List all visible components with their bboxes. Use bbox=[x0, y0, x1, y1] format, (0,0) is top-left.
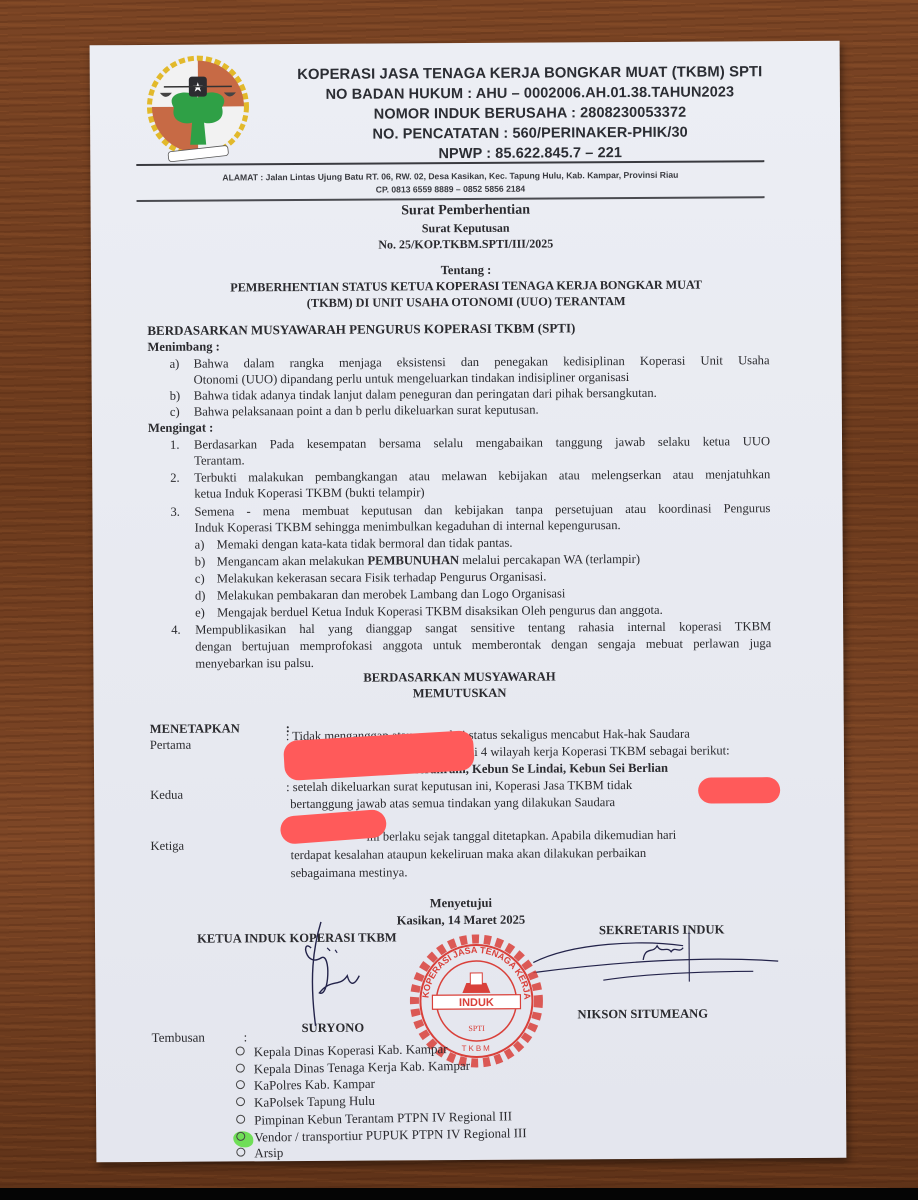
list-marker: c) bbox=[195, 571, 205, 587]
cc-list-item: Arsip bbox=[236, 1145, 283, 1162]
list-marker: a) bbox=[169, 356, 179, 372]
sub-item-b-emphasis: PEMBUNUHAN bbox=[367, 553, 459, 568]
list-marker: 3. bbox=[170, 504, 180, 520]
list-marker: b) bbox=[195, 554, 206, 570]
list-marker: 2. bbox=[170, 470, 180, 486]
list-marker: a) bbox=[195, 537, 205, 553]
letterhead: KOPERASI JASA TENAGA KERJA BONGKAR MUAT … bbox=[250, 63, 811, 166]
koperasi-logo-icon: ★ bbox=[144, 52, 253, 165]
list-marker: 4. bbox=[171, 622, 181, 638]
svg-text:INDUK: INDUK bbox=[459, 997, 494, 1009]
decision-heading-2: MEMUTUSKAN bbox=[150, 683, 770, 703]
menimbang-c: Bahwa pelaksanaan point a dan b perlu di… bbox=[194, 402, 539, 420]
chairman-signature-icon bbox=[291, 918, 382, 1029]
org-name: KOPERASI JASA TENAGA KERJA BONGKAR MUAT … bbox=[250, 63, 810, 85]
sub-item-a: Memaki dengan kata-kata tidak bermoral d… bbox=[217, 535, 513, 553]
list-marker: e) bbox=[195, 605, 205, 621]
cc-list-item: Vendor / transportiur PUPUK PTPN IV Regi… bbox=[236, 1125, 527, 1146]
letter-number: No. 25/KOP.TKBM.SPTI/III/2025 bbox=[91, 235, 841, 255]
subject-line-2: (TKBM) DI UNIT USAHA OTONOMI (UUO) TERAN… bbox=[91, 293, 841, 313]
kedua-line2: bertanggung jawab atas semua tindakan ya… bbox=[290, 794, 615, 812]
registration-number: NO. PENCATATAN : 560/PERINAKER-PHIK/30 bbox=[250, 123, 810, 145]
screen-bottom-bar bbox=[0, 1188, 918, 1200]
list-marker: c) bbox=[170, 404, 180, 420]
menimbang-a-line1: Bahwa dalam rangka menjaga eksistensi da… bbox=[193, 352, 769, 372]
address-block: ALAMAT : Jalan Lintas Ujung Batu RT. 06,… bbox=[136, 168, 764, 198]
ketiga-line2: terdapat kesalahan ataupun kekeliruan ma… bbox=[290, 845, 646, 863]
cc-recipient: Vendor / transportiur PUPUK PTPN IV Regi… bbox=[254, 1125, 527, 1145]
letter-paper: ★ KOPERASI JASA TENAGA KERJA BONGKAR MUA… bbox=[90, 41, 847, 1163]
sub-item-d: Melakukan pembakaran dan merobek Lambang… bbox=[217, 585, 566, 603]
tembusan-section: Tembusan : Kepala Dinas Koperasi Kab. Ka… bbox=[152, 1026, 773, 1170]
mengingat-1-line1: Berdasarkan Pada kesempatan bersama sela… bbox=[194, 433, 770, 453]
ketiga-label: Ketiga bbox=[150, 838, 184, 854]
letter-body: BERDASARKAN MUSYAWARAH PENGURUS KOPERASI… bbox=[147, 319, 771, 1043]
menimbang-label: Menimbang : bbox=[147, 339, 220, 356]
letter-title: Surat Pemberhentian bbox=[91, 201, 841, 222]
tembusan-label: Tembusan bbox=[152, 1030, 205, 1046]
redaction-mark bbox=[698, 777, 780, 804]
bullet-icon bbox=[236, 1064, 245, 1073]
bullet-icon bbox=[236, 1115, 245, 1124]
kedua-label: Kedua bbox=[150, 787, 183, 803]
basis-heading: BERDASARKAN MUSYAWARAH PENGURUS KOPERASI… bbox=[147, 320, 575, 339]
legal-entity-number: NO BADAN HUKUM : AHU – 0002006.AH.01.38.… bbox=[250, 83, 810, 105]
cc-recipient: Arsip bbox=[254, 1145, 283, 1160]
cc-list-item: KaPolres Kab. Kampar bbox=[236, 1076, 375, 1094]
bullet-icon bbox=[236, 1132, 245, 1141]
ketiga-line3: sebagaimana mestinya. bbox=[291, 864, 408, 881]
ketiga-line1: ini berlaku sejak tanggal ditetapkan. Ap… bbox=[366, 827, 676, 845]
menimbang-b: Bahwa tidak adanya tindak lanjut dalam p… bbox=[194, 385, 657, 404]
cc-list-item: KaPolsek Tapung Hulu bbox=[236, 1093, 375, 1111]
mengingat-label: Mengingat : bbox=[148, 420, 214, 437]
cc-recipient: KaPolres Kab. Kampar bbox=[254, 1076, 375, 1093]
bullet-icon bbox=[236, 1097, 245, 1106]
cc-recipient: Kepala Dinas Koperasi Kab. Kampar bbox=[254, 1041, 448, 1059]
secretary-name: NIKSON SITUMEANG bbox=[577, 1006, 708, 1023]
cc-recipient: Pimpinan Kebun Terantam PTPN IV Regional… bbox=[254, 1108, 512, 1127]
sub-item-c: Melakukan kekerasan secara Fisik terhada… bbox=[217, 569, 547, 587]
cc-list-item: Kepala Dinas Koperasi Kab. Kampar bbox=[236, 1041, 448, 1061]
sub-item-b-pre: Mengancam akan melakukan bbox=[217, 554, 368, 569]
list-marker: b) bbox=[170, 388, 181, 404]
sub-item-b: Mengancam akan melakukan PEMBUNUHAN mela… bbox=[217, 551, 640, 570]
tembusan-colon: : bbox=[244, 1029, 248, 1045]
mengingat-1-line2: Terantam. bbox=[194, 452, 245, 469]
mengingat-3-line2: Induk Koperasi TKBM sehingga menimbulkan… bbox=[194, 517, 620, 536]
secretary-signature-icon bbox=[533, 931, 783, 993]
list-marker: 1. bbox=[170, 437, 180, 453]
cc-recipient: KaPolsek Tapung Hulu bbox=[254, 1093, 375, 1110]
business-id-number: NOMOR INDUK BERUSAHA : 2808230053372 bbox=[250, 103, 810, 125]
cc-list-item: Kepala Dinas Tenaga Kerja Kab. Kampar bbox=[236, 1058, 470, 1078]
menetapkan-label: MENETAPKAN bbox=[150, 720, 240, 737]
bullet-icon bbox=[236, 1046, 245, 1055]
bullet-icon bbox=[236, 1080, 245, 1089]
pertama-label: Pertama bbox=[150, 737, 191, 753]
kedua-line1: : setelah dikeluarkan surat keputusan in… bbox=[286, 777, 632, 795]
pertama-line2: di 4 wilayah kerja Koperasi TKBM sebagai… bbox=[468, 742, 730, 760]
cc-recipient: Kepala Dinas Tenaga Kerja Kab. Kampar bbox=[254, 1058, 470, 1077]
mengingat-2-line1: Terbukti malakukan pembangkangan atau me… bbox=[194, 466, 770, 486]
list-marker: d) bbox=[195, 588, 206, 604]
sub-item-b-post: melalui percakapan WA (terlampir) bbox=[459, 552, 640, 567]
mengingat-2-line2: ketua Induk Koperasi TKBM (bukti telampi… bbox=[194, 484, 424, 502]
mengingat-4-line2: dengan bertujuan memprofokasi anggota un… bbox=[195, 635, 771, 655]
sub-item-e: Mengajak berduel Ketua Induk Koperasi TK… bbox=[217, 602, 663, 621]
bullet-icon bbox=[236, 1148, 245, 1157]
